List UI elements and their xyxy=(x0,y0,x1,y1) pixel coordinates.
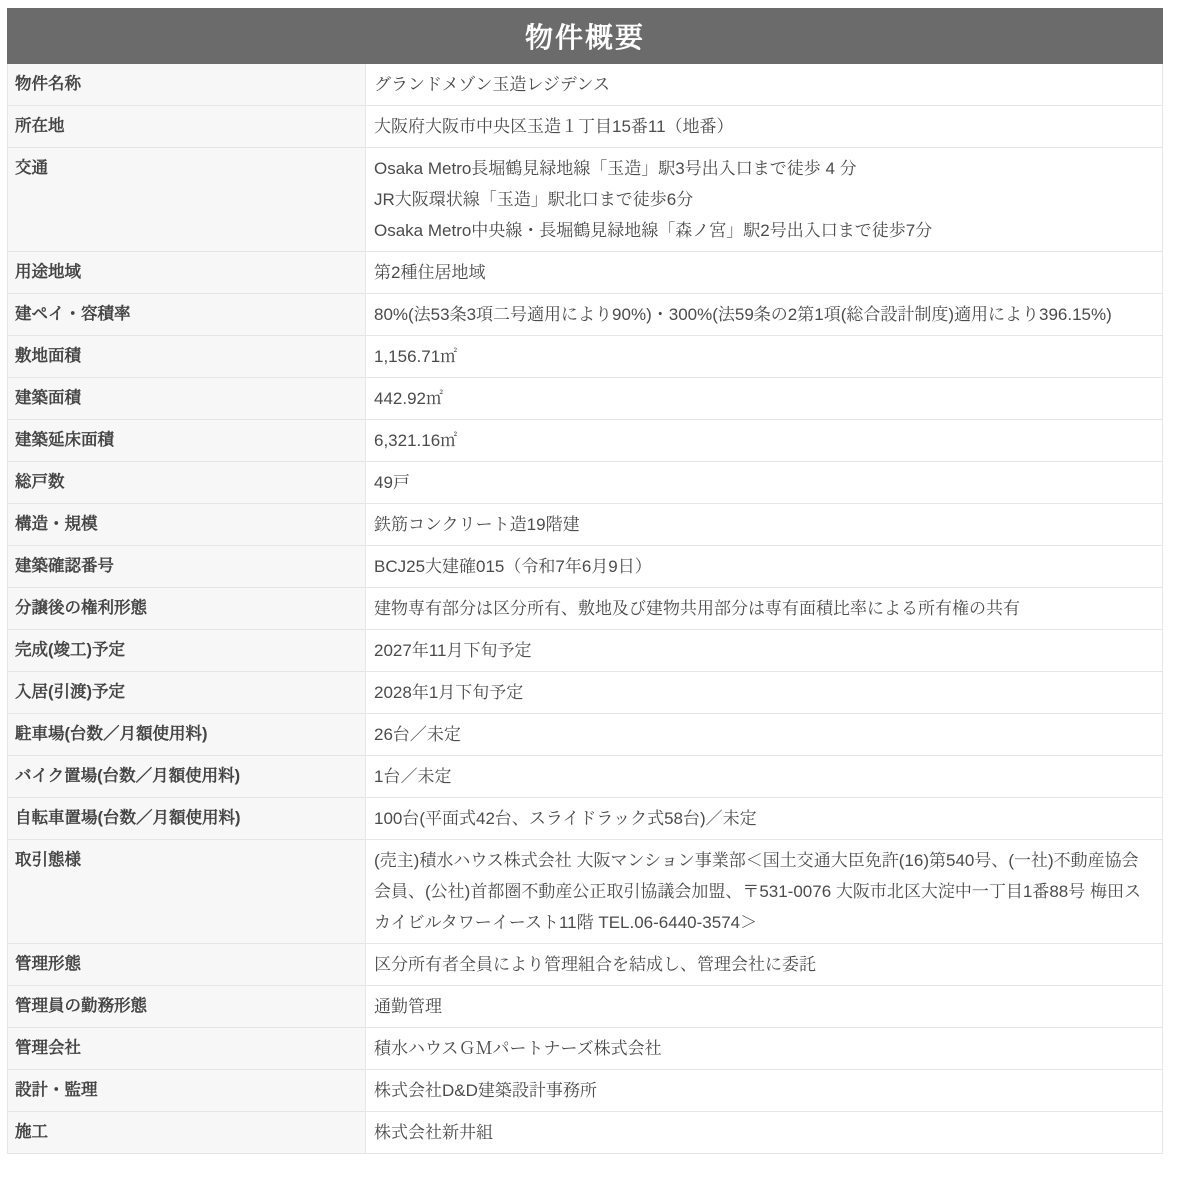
row-label: 自転車置場(台数／月額使用料) xyxy=(8,798,366,840)
table-row: バイク置場(台数／月額使用料)1台／未定 xyxy=(8,756,1163,798)
row-label: 総戸数 xyxy=(8,462,366,504)
row-value: 1台／未定 xyxy=(366,756,1163,798)
row-label: 管理会社 xyxy=(8,1028,366,1070)
row-label: 交通 xyxy=(8,148,366,252)
row-value: (売主)積水ハウス株式会社 大阪マンション事業部＜国土交通大臣免許(16)第54… xyxy=(366,840,1163,944)
row-label: 完成(竣工)予定 xyxy=(8,630,366,672)
table-row: 用途地域第2種住居地域 xyxy=(8,252,1163,294)
row-label: 管理員の勤務形態 xyxy=(8,986,366,1028)
table-row: 建築面積442.92㎡ xyxy=(8,378,1163,420)
row-value: 6,321.16㎡ xyxy=(366,420,1163,462)
table-row: 入居(引渡)予定2028年1月下旬予定 xyxy=(8,672,1163,714)
table-row: 所在地大阪府大阪市中央区玉造１丁目15番11（地番） xyxy=(8,106,1163,148)
row-value: 26台／未定 xyxy=(366,714,1163,756)
table-row: 管理会社積水ハウスＧＭパートナーズ株式会社 xyxy=(8,1028,1163,1070)
section-title-bar: 物件概要 xyxy=(7,8,1163,64)
row-value: 1,156.71㎡ xyxy=(366,336,1163,378)
row-value: 区分所有者全員により管理組合を結成し、管理会社に委託 xyxy=(366,944,1163,986)
table-row: 分譲後の権利形態建物専有部分は区分所有、敷地及び建物共用部分は専有面積比率による… xyxy=(8,588,1163,630)
row-value: 積水ハウスＧＭパートナーズ株式会社 xyxy=(366,1028,1163,1070)
table-row: 構造・規模鉄筋コンクリート造19階建 xyxy=(8,504,1163,546)
table-row: 自転車置場(台数／月額使用料)100台(平面式42台、スライドラック式58台)／… xyxy=(8,798,1163,840)
row-value: 大阪府大阪市中央区玉造１丁目15番11（地番） xyxy=(366,106,1163,148)
row-label: 入居(引渡)予定 xyxy=(8,672,366,714)
table-row: 設計・監理株式会社D&D建築設計事務所 xyxy=(8,1070,1163,1112)
row-value: 100台(平面式42台、スライドラック式58台)／未定 xyxy=(366,798,1163,840)
row-value: 2027年11月下旬予定 xyxy=(366,630,1163,672)
row-value: 2028年1月下旬予定 xyxy=(366,672,1163,714)
row-label: 構造・規模 xyxy=(8,504,366,546)
property-table-body: 物件名称グランドメゾン玉造レジデンス所在地大阪府大阪市中央区玉造１丁目15番11… xyxy=(8,64,1163,1154)
page-title: 物件概要 xyxy=(525,16,645,56)
table-row: 敷地面積1,156.71㎡ xyxy=(8,336,1163,378)
row-label: 用途地域 xyxy=(8,252,366,294)
row-label: 駐車場(台数／月額使用料) xyxy=(8,714,366,756)
row-label: 建築面積 xyxy=(8,378,366,420)
row-label: 建ペイ・容積率 xyxy=(8,294,366,336)
row-value: 442.92㎡ xyxy=(366,378,1163,420)
row-label: 物件名称 xyxy=(8,64,366,106)
table-row: 管理員の勤務形態通勤管理 xyxy=(8,986,1163,1028)
table-row: 建築延床面積6,321.16㎡ xyxy=(8,420,1163,462)
row-value: Osaka Metro長堀鶴見緑地線「玉造」駅3号出入口まで徒歩 4 分 JR大… xyxy=(366,148,1163,252)
row-value: 株式会社D&D建築設計事務所 xyxy=(366,1070,1163,1112)
row-value: 建物専有部分は区分所有、敷地及び建物共用部分は専有面積比率による所有権の共有 xyxy=(366,588,1163,630)
row-value: 80%(法53条3項二号適用により90%)・300%(法59条の2第1項(総合設… xyxy=(366,294,1163,336)
row-label: 建築確認番号 xyxy=(8,546,366,588)
table-row: 施工株式会社新井組 xyxy=(8,1112,1163,1154)
table-row: 駐車場(台数／月額使用料)26台／未定 xyxy=(8,714,1163,756)
row-label: 取引態様 xyxy=(8,840,366,944)
row-label: 施工 xyxy=(8,1112,366,1154)
row-value: BCJ25大建確015（令和7年6月9日） xyxy=(366,546,1163,588)
table-row: 交通Osaka Metro長堀鶴見緑地線「玉造」駅3号出入口まで徒歩 4 分 J… xyxy=(8,148,1163,252)
table-row: 完成(竣工)予定2027年11月下旬予定 xyxy=(8,630,1163,672)
row-value: グランドメゾン玉造レジデンス xyxy=(366,64,1163,106)
row-value: 第2種住居地域 xyxy=(366,252,1163,294)
table-row: 物件名称グランドメゾン玉造レジデンス xyxy=(8,64,1163,106)
row-value: 49戸 xyxy=(366,462,1163,504)
property-table: 物件名称グランドメゾン玉造レジデンス所在地大阪府大阪市中央区玉造１丁目15番11… xyxy=(7,64,1163,1154)
row-value: 鉄筋コンクリート造19階建 xyxy=(366,504,1163,546)
row-value: 通勤管理 xyxy=(366,986,1163,1028)
row-label: 敷地面積 xyxy=(8,336,366,378)
row-value: 株式会社新井組 xyxy=(366,1112,1163,1154)
table-row: 管理形態区分所有者全員により管理組合を結成し、管理会社に委託 xyxy=(8,944,1163,986)
row-label: 建築延床面積 xyxy=(8,420,366,462)
row-label: バイク置場(台数／月額使用料) xyxy=(8,756,366,798)
row-label: 設計・監理 xyxy=(8,1070,366,1112)
row-label: 分譲後の権利形態 xyxy=(8,588,366,630)
table-row: 建ペイ・容積率80%(法53条3項二号適用により90%)・300%(法59条の2… xyxy=(8,294,1163,336)
table-row: 総戸数49戸 xyxy=(8,462,1163,504)
property-overview-section: 物件概要 物件名称グランドメゾン玉造レジデンス所在地大阪府大阪市中央区玉造１丁目… xyxy=(7,8,1163,1154)
table-row: 取引態様(売主)積水ハウス株式会社 大阪マンション事業部＜国土交通大臣免許(16… xyxy=(8,840,1163,944)
row-label: 所在地 xyxy=(8,106,366,148)
table-row: 建築確認番号BCJ25大建確015（令和7年6月9日） xyxy=(8,546,1163,588)
row-label: 管理形態 xyxy=(8,944,366,986)
